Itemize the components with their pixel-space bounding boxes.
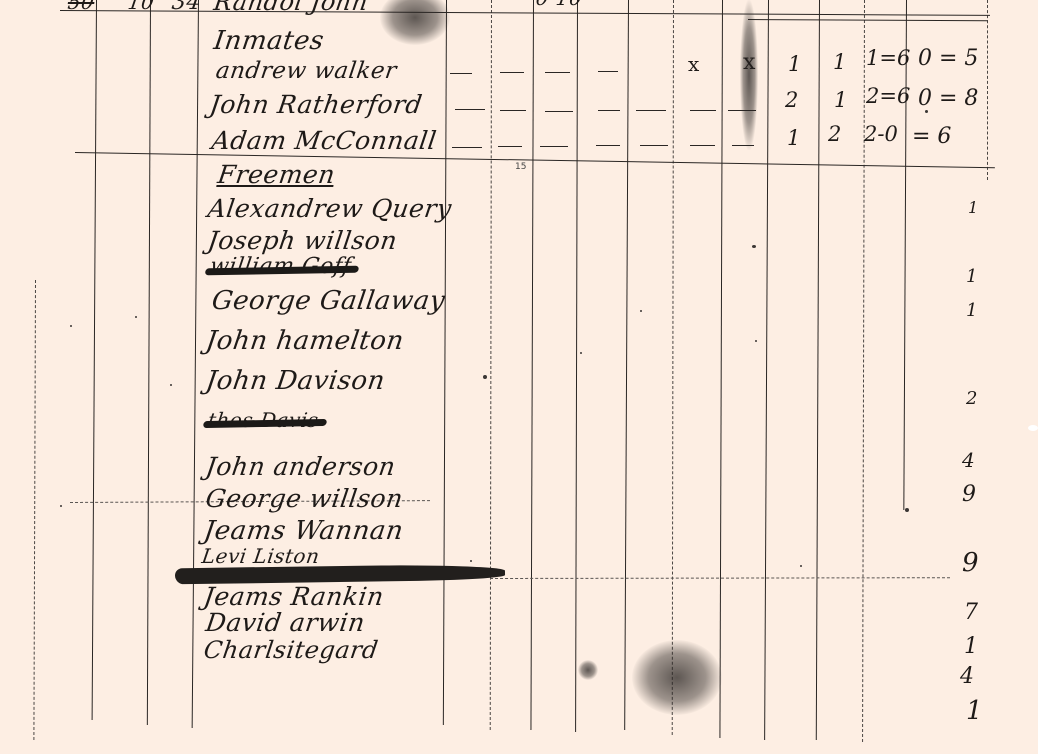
- column-rule: [147, 0, 151, 725]
- top-row-col2: 10: [126, 0, 156, 14]
- column-rule: [816, 0, 820, 740]
- row-rule: [748, 19, 988, 21]
- inmate-col-c: 1=6: [866, 46, 910, 70]
- column-rule: [575, 0, 578, 732]
- top-row-name: Randol John: [212, 0, 370, 16]
- top-row-col3: 34: [170, 0, 203, 15]
- document-page: 50 10 34 Randol John 0 10 Inmates andrew…: [0, 0, 1038, 754]
- inmate-name: John Ratherford: [208, 90, 424, 119]
- inmate-col-b: 2: [828, 122, 841, 146]
- inmate-col-d: = 6: [912, 124, 951, 149]
- inmate-col-a: 1: [787, 126, 800, 150]
- top-row-col1: 50: [66, 0, 96, 14]
- inmate-mark: x: [688, 52, 699, 76]
- freeman-name: David arwin: [204, 608, 367, 637]
- column-rule: [490, 0, 492, 730]
- freeman-name: George Gallaway: [210, 286, 447, 316]
- ink-smudge: [578, 660, 598, 680]
- margin-tally: 2: [966, 388, 977, 409]
- freeman-name: Alexandrew Query: [206, 194, 454, 223]
- column-rule: [443, 0, 447, 725]
- inmate-name: andrew walker: [214, 58, 398, 84]
- column-rule: [672, 0, 674, 735]
- margin-tally: 1: [968, 198, 978, 217]
- margin-tally: 4: [960, 664, 974, 689]
- margin-tally: 1: [966, 696, 983, 726]
- freeman-name: John anderson: [204, 452, 398, 481]
- freeman-name-struck: william Goff: [208, 254, 353, 279]
- top-row-value: 0 10: [534, 0, 584, 10]
- margin-tally: 1: [966, 266, 977, 287]
- column-rule: [764, 0, 769, 740]
- ink-smudge: [632, 640, 722, 715]
- freeman-name-struck: thos Davis: [206, 408, 320, 432]
- page-mark: 15: [515, 162, 526, 172]
- margin-tally: 1: [966, 300, 977, 321]
- column-rule: [719, 0, 723, 738]
- inmate-col-c: 2-0: [864, 122, 898, 146]
- margin-tally: 4: [962, 448, 975, 472]
- column-rule: [862, 0, 865, 742]
- column-rule: [987, 0, 988, 180]
- column-rule: [192, 0, 199, 728]
- freeman-name: John hamelton: [204, 326, 406, 356]
- inmate-col-b: 1: [833, 50, 846, 74]
- freeman-name: Jeams Wannan: [202, 516, 405, 546]
- inmate-col-c: 2=6: [866, 84, 910, 108]
- freeman-name: Jeams Rankin: [202, 582, 386, 611]
- column-rule: [530, 0, 534, 730]
- column-rule: [92, 0, 97, 720]
- inmate-col-b: 1: [834, 88, 847, 112]
- margin-tally: 7: [964, 600, 978, 625]
- margin-tally: 9: [962, 482, 976, 507]
- inmate-col-a: 2: [785, 88, 798, 112]
- freeman-name: Joseph willson: [206, 226, 399, 255]
- inmate-col-a: 1: [788, 52, 801, 76]
- ink-smudge: [380, 0, 450, 45]
- margin-tally: 1: [964, 634, 978, 659]
- section-heading-inmates: Inmates: [212, 26, 326, 56]
- freeman-name: John Davison: [204, 366, 387, 396]
- inmate-col-d: 0 = 5: [918, 46, 978, 71]
- freeman-name: Charlsitegard: [202, 636, 380, 664]
- column-rule: [903, 0, 907, 510]
- ink-smudge: [740, 0, 758, 150]
- column-rule: [624, 0, 629, 730]
- inmate-name: Adam McConnall: [210, 126, 439, 155]
- freeman-name: George willson: [204, 484, 405, 513]
- margin-tally: 9: [962, 548, 979, 578]
- inmate-col-d: 0 = 8: [918, 86, 978, 111]
- freeman-name-struck: Levi Liston: [200, 544, 321, 568]
- column-rule: [33, 280, 36, 740]
- section-heading-freemen: Freemen: [216, 160, 337, 189]
